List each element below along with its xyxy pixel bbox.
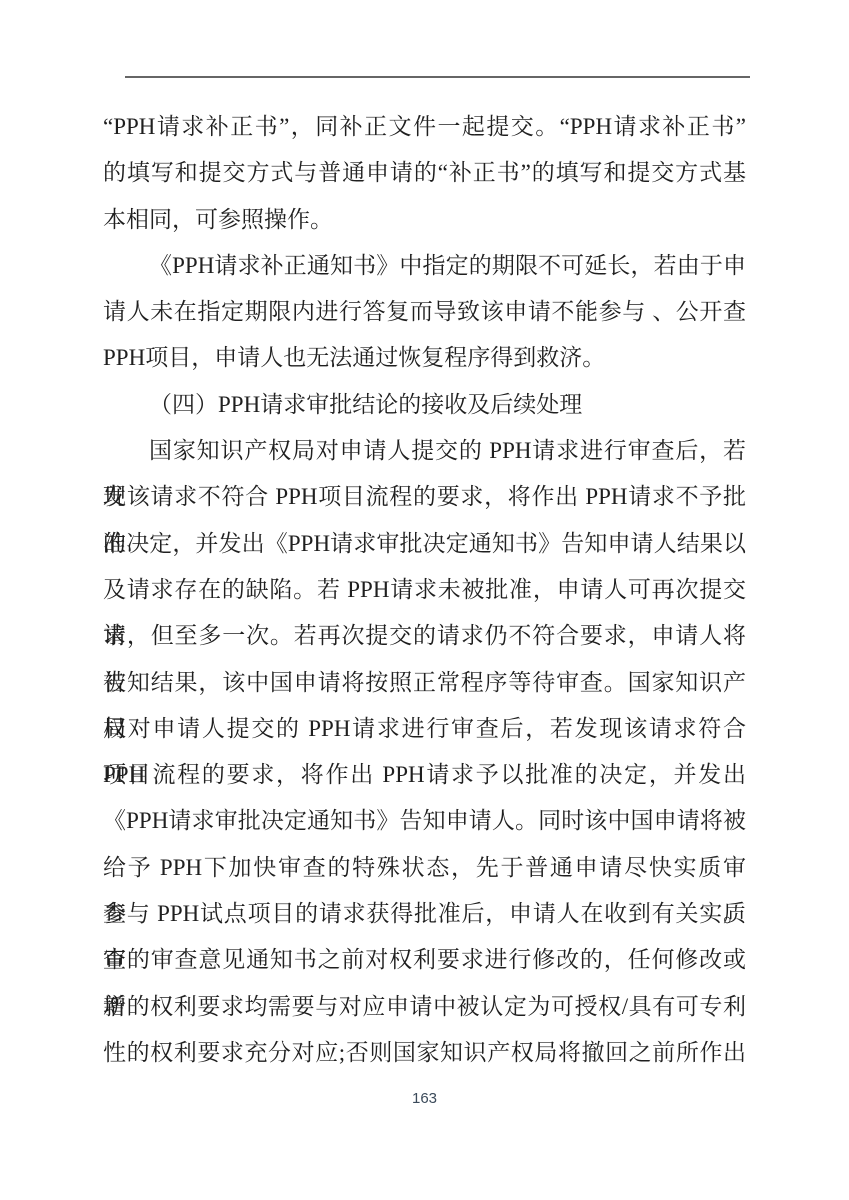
text-line: 增的权利要求均需要与对应申请中被认定为可授权/具有可专利 — [103, 984, 746, 1030]
text-line: 《PPH请求补正通知书》中指定的期限不可延长，若由于申 — [103, 243, 746, 289]
para-supplement-form: “PPH请求补正书”，同补正文件一起提交。“PPH请求补正书”的填写和提交方式与… — [103, 104, 746, 243]
text-line: 告知结果，该中国申请将按照正常程序等待审查。国家知识产权 — [103, 660, 746, 706]
document-body: “PPH请求补正书”，同补正文件一起提交。“PPH请求补正书”的填写和提交方式与… — [103, 104, 746, 1076]
text-line: 现该请求不符合 PPH项目流程的要求，将作出 PPH请求不予批准 — [103, 474, 746, 520]
text-line: （四）PPH请求审批结论的接收及后续处理 — [103, 382, 746, 428]
document-page: “PPH请求补正书”，同补正文件一起提交。“PPH请求补正书”的填写和提交方式与… — [0, 0, 849, 1200]
text-line: 请人未在指定期限内进行答复而导致该申请不能参与 、公开查 — [103, 289, 746, 335]
text-line: 查的审查意见通知书之前对权利要求进行修改的，任何修改或新 — [103, 937, 746, 983]
text-line: 的决定，并发出《PPH请求审批决定通知书》告知申请人结果以 — [103, 521, 746, 567]
para-approval-process: 国家知识产权局对申请人提交的 PPH请求进行审查后，若发现该请求不符合 PPH项… — [103, 428, 746, 1076]
text-line: 《PPH请求审批决定通知书》告知申请人。同时该中国申请将被 — [103, 798, 746, 844]
text-line: 项目流程的要求，将作出 PPH请求予以批准的决定，并发出 — [103, 752, 746, 798]
text-line: “PPH请求补正书”，同补正文件一起提交。“PPH请求补正书” — [103, 104, 746, 150]
text-line: 给予 PPH下加快审查的特殊状态，先于普通申请尽快实质审查。 — [103, 845, 746, 891]
text-line: 参与 PPH试点项目的请求获得批准后，申请人在收到有关实质审 — [103, 891, 746, 937]
text-line: 性的权利要求充分对应;否则国家知识产权局将撤回之前所作出 — [103, 1030, 746, 1076]
text-line: 的填写和提交方式与普通申请的“补正书”的填写和提交方式基 — [103, 150, 746, 196]
para-notice-period: 《PPH请求补正通知书》中指定的期限不可延长，若由于申请人未在指定期限内进行答复… — [103, 243, 746, 382]
text-line: 国家知识产权局对申请人提交的 PPH请求进行审查后，若发 — [103, 428, 746, 474]
header-rule — [125, 76, 750, 78]
text-line: 求，但至多一次。若再次提交的请求仍不符合要求，申请人将被 — [103, 613, 746, 659]
text-line: 本相同，可参照操作。 — [103, 197, 746, 243]
text-line: 及请求存在的缺陷。若 PPH请求未被批准，申请人可再次提交请 — [103, 567, 746, 613]
para-section-heading: （四）PPH请求审批结论的接收及后续处理 — [103, 382, 746, 428]
text-line: PPH项目，申请人也无法通过恢复程序得到救济。 — [103, 335, 746, 381]
text-line: 局对申请人提交的 PPH请求进行审查后，若发现该请求符合 PPH — [103, 706, 746, 752]
page-number: 163 — [0, 1090, 849, 1107]
